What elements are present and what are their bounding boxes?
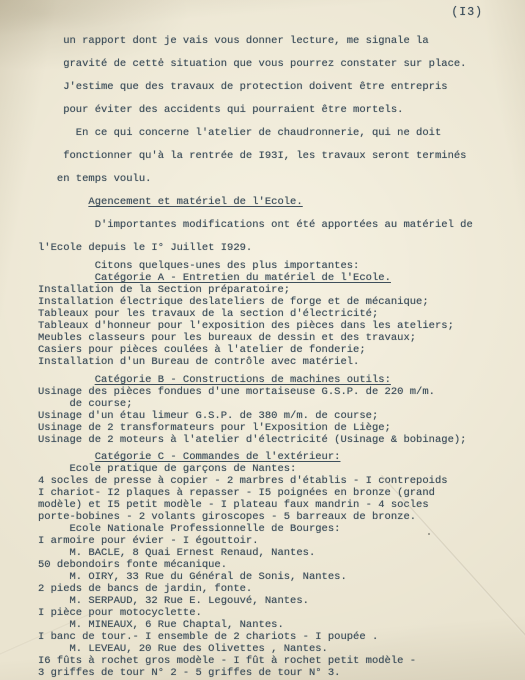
text-line: D'importantes modifications ont été appo…	[38, 214, 525, 237]
text-line: M. MINEAUX, 6 Rue Chaptal, Nantes.	[38, 619, 525, 631]
text-line: Installation de la Section préparatoire;	[38, 284, 525, 296]
text-line: I6 fûts à rochet gros modèle - I fût à r…	[38, 655, 525, 667]
text-line: M. OIRY, 33 Rue du Général de Sonis, Nan…	[38, 571, 525, 583]
text-line: I chariot- I2 plaques à repasser - I5 po…	[38, 487, 525, 499]
text-line: 50 debondoirs fonte mécanique.	[38, 559, 525, 571]
section-heading: Agencement et matériel de l'Ecole.	[38, 191, 525, 214]
text-line: M. BACLE, 8 Quai Ernest Renaud, Nantes.	[38, 547, 525, 559]
text-line: 3 griffes de tour N° 2 - 5 griffes de to…	[38, 667, 525, 679]
text-line: Ecole pratique de garçons de Nantes:	[38, 463, 525, 475]
text-line: Usinage de 2 moteurs à l'atelier d'élect…	[38, 434, 525, 446]
text-line: Installation électrique deslateliers de …	[38, 296, 525, 308]
text-line: J'estime que des travaux de protection d…	[38, 76, 525, 99]
text-line: porte-bobines - 2 volants giroscopes - 5…	[38, 511, 525, 523]
text-line: de course;	[38, 398, 525, 410]
text-block: Agencement et matériel de l'Ecole.	[38, 191, 525, 214]
text-line: Tableaux pour les travaux de la section …	[38, 308, 525, 320]
text-line: 4 socles de presse à copier - 2 marbres …	[38, 475, 525, 487]
text-line: modèle) et I5 petit modèle - I plateau f…	[38, 499, 525, 511]
text-line: Usinage des pièces fondues d'une mortais…	[38, 386, 525, 398]
text-line: Ecole Nationale Professionnelle de Bourg…	[38, 523, 525, 535]
section-heading: Catégorie B - Constructions de machines …	[38, 374, 525, 386]
text-block: un rapport dont je vais vous donner lect…	[38, 30, 525, 122]
text-block: Catégorie C - Commandes de l'extérieur: …	[38, 451, 525, 679]
text-line: Citons quelques-unes des plus importante…	[38, 260, 525, 272]
document-body: un rapport dont je vais vous donner lect…	[0, 0, 525, 679]
text-block: Catégorie B - Constructions de machines …	[38, 374, 525, 446]
text-line: Usinage de 2 transformateurs pour l'Expo…	[38, 422, 525, 434]
text-block: En ce qui concerne l'atelier de chaudron…	[38, 122, 525, 191]
text-line: I pièce pour motocyclette.	[38, 607, 525, 619]
text-line: un rapport dont je vais vous donner lect…	[38, 30, 525, 53]
text-block: Citons quelques-unes des plus importante…	[38, 260, 525, 368]
text-line: Meubles classeurs pour les bureaux de de…	[38, 332, 525, 344]
text-line: M. LEVEAU, 20 Rue des Olivettes , Nantes…	[38, 643, 525, 655]
text-line: gravité de cette situation que vous pour…	[38, 53, 525, 76]
text-line: fonctionner qu'à la rentrée de I93I, les…	[38, 145, 525, 168]
text-line: en temps voulu.	[38, 168, 525, 191]
section-heading: Catégorie A - Entretien du matériel de l…	[38, 272, 525, 284]
text-line: Casiers pour pièces coulées à l'atelier …	[38, 344, 525, 356]
text-line: Installation d'un Bureau de contrôle ave…	[38, 356, 525, 368]
text-line: I banc de tour.- I ensemble de 2 chariot…	[38, 631, 525, 643]
text-line: Usinage d'un étau limeur G.S.P. de 380 m…	[38, 410, 525, 422]
section-heading: Catégorie C - Commandes de l'extérieur:	[38, 451, 525, 463]
text-line: En ce qui concerne l'atelier de chaudron…	[38, 122, 525, 145]
text-line: l'Ecole depuis le I° Juillet I929.	[38, 237, 525, 260]
text-line: 2 pieds de bancs de jardin, fonte.	[38, 583, 525, 595]
document-page: (I3) un rapport dont je vais vous donner…	[0, 0, 525, 680]
text-line: I armoire pour évier - I égouttoir.	[38, 535, 525, 547]
text-block: D'importantes modifications ont été appo…	[38, 214, 525, 260]
text-line: Tableaux d'honneur pour l'exposition des…	[38, 320, 525, 332]
text-line: pour éviter des accidents qui pourraient…	[38, 99, 525, 122]
text-line: M. SERPAUD, 32 Rue E. Legouvé, Nantes.	[38, 595, 525, 607]
